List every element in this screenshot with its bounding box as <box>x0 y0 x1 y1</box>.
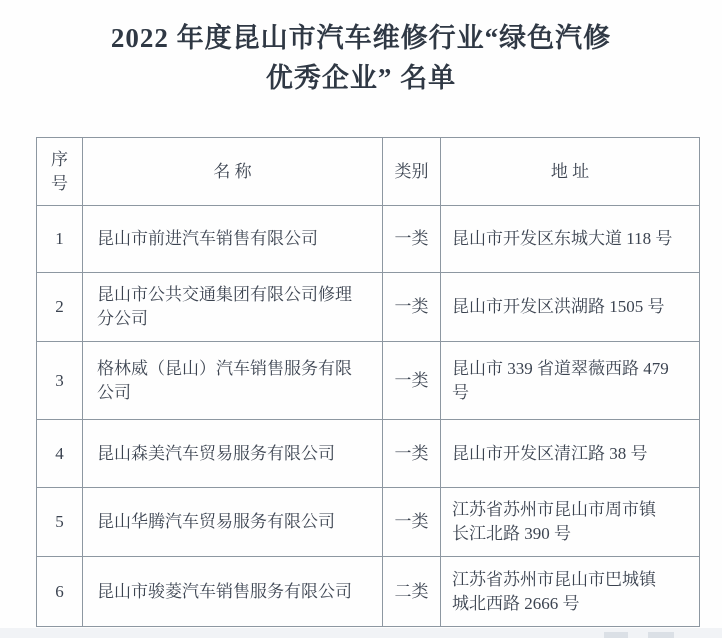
cell-name: 昆山市公共交通集团有限公司修理 分公司 <box>83 273 383 342</box>
column-header-name: 名 称 <box>83 138 383 206</box>
table-row: 5 昆山华腾汽车贸易服务有限公司 一类 江苏省苏州市昆山市周市镇 长江北路 39… <box>37 488 700 557</box>
table-row: 1 昆山市前进汽车销售有限公司 一类 昆山市开发区东城大道 118 号 <box>37 206 700 273</box>
bottom-edge-artifact <box>604 632 628 638</box>
cell-no: 2 <box>37 273 83 342</box>
document-title-line1: 2022 年度昆山市汽车维修行业“绿色汽修 <box>111 23 611 53</box>
cell-no: 6 <box>37 557 83 627</box>
cell-address: 昆山市开发区清江路 38 号 <box>441 420 700 488</box>
cell-category: 一类 <box>383 488 441 557</box>
cell-address: 江苏省苏州市昆山市巴城镇 城北西路 2666 号 <box>441 557 700 627</box>
column-header-address: 地 址 <box>441 138 700 206</box>
cell-name: 昆山市前进汽车销售有限公司 <box>83 206 383 273</box>
cell-name: 昆山市骏菱汽车销售服务有限公司 <box>83 557 383 627</box>
cell-address: 昆山市开发区东城大道 118 号 <box>441 206 700 273</box>
enterprise-roster-table: 序 号 名 称 类别 地 址 1 昆山市前进汽车销售有限公司 一类 昆山市开发区… <box>36 137 700 627</box>
cell-no: 3 <box>37 342 83 420</box>
cell-address: 昆山市开发区洪湖路 1505 号 <box>441 273 700 342</box>
document-title-line2: 优秀企业” 名单 <box>266 63 456 93</box>
column-header-no: 序 号 <box>37 138 83 206</box>
table-row: 4 昆山森美汽车贸易服务有限公司 一类 昆山市开发区清江路 38 号 <box>37 420 700 488</box>
table-row: 2 昆山市公共交通集团有限公司修理 分公司 一类 昆山市开发区洪湖路 1505 … <box>37 273 700 342</box>
cell-category: 一类 <box>383 206 441 273</box>
cell-name: 昆山森美汽车贸易服务有限公司 <box>83 420 383 488</box>
cell-no: 4 <box>37 420 83 488</box>
table-row: 3 格林威（昆山）汽车销售服务有限 公司 一类 昆山市 339 省道翠薇西路 4… <box>37 342 700 420</box>
table-header-row: 序 号 名 称 类别 地 址 <box>37 138 700 206</box>
cell-category: 一类 <box>383 342 441 420</box>
table-row: 6 昆山市骏菱汽车销售服务有限公司 二类 江苏省苏州市昆山市巴城镇 城北西路 2… <box>37 557 700 627</box>
cell-address: 昆山市 339 省道翠薇西路 479 号 <box>441 342 700 420</box>
cell-name: 格林威（昆山）汽车销售服务有限 公司 <box>83 342 383 420</box>
cell-no: 5 <box>37 488 83 557</box>
viewer-bottom-strip <box>0 628 722 638</box>
bottom-edge-artifact <box>648 632 674 638</box>
document-title: 2022 年度昆山市汽车维修行业“绿色汽修优秀企业” 名单 <box>0 18 722 98</box>
cell-category: 二类 <box>383 557 441 627</box>
cell-address: 江苏省苏州市昆山市周市镇 长江北路 390 号 <box>441 488 700 557</box>
cell-category: 一类 <box>383 420 441 488</box>
scanned-document-page: 2022 年度昆山市汽车维修行业“绿色汽修优秀企业” 名单 序 号 名 称 类别… <box>0 0 722 638</box>
cell-name: 昆山华腾汽车贸易服务有限公司 <box>83 488 383 557</box>
cell-no: 1 <box>37 206 83 273</box>
cell-category: 一类 <box>383 273 441 342</box>
column-header-category: 类别 <box>383 138 441 206</box>
